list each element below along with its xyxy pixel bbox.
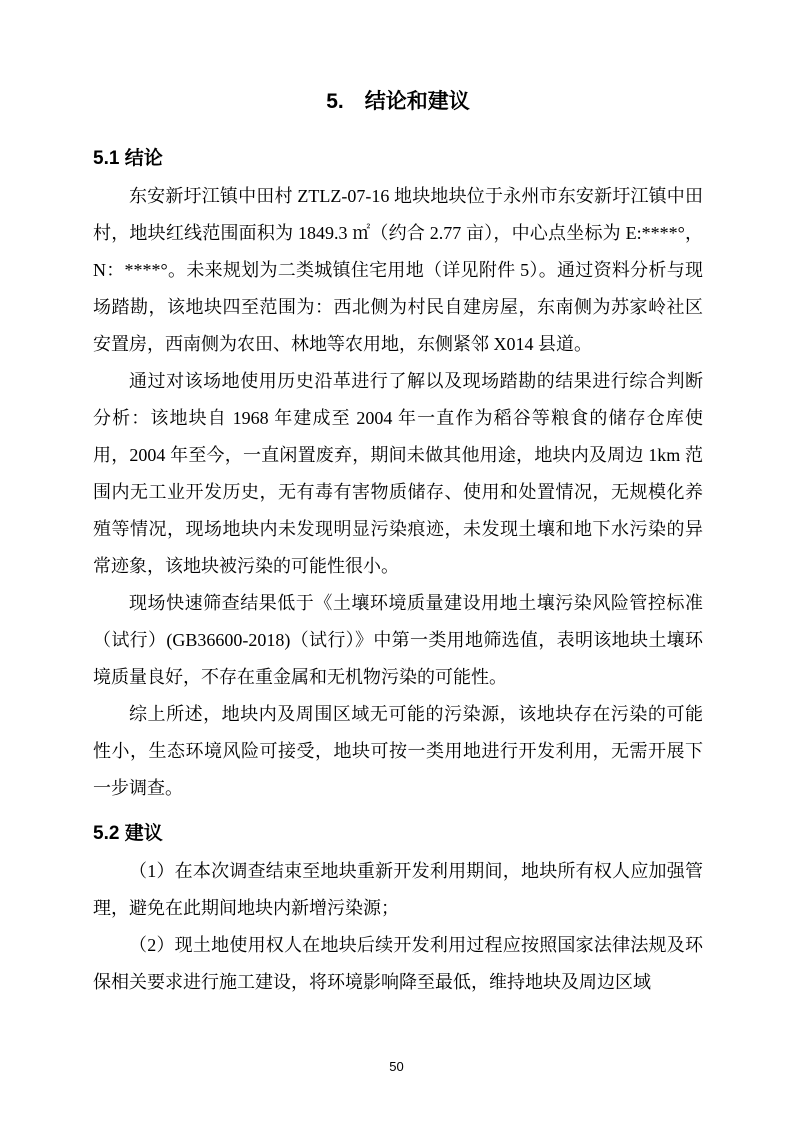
paragraph: （1）在本次调查结束至地块重新开发利用期间，地块所有权人应加强管理，避免在此期间… bbox=[93, 853, 703, 927]
document-body: 5.1 结论东安新圩江镇中田村 ZTLZ-07-16 地块地块位于永州市东安新圩… bbox=[93, 145, 703, 1001]
paragraph: 综上所述，地块内及周围区域无可能的污染源，该地块存在污染的可能性小，生态环境风险… bbox=[93, 696, 703, 807]
paragraph: 现场快速筛查结果低于《土壤环境质量建设用地土壤污染风险管控标准（试行）(GB36… bbox=[93, 585, 703, 696]
paragraph: 通过对该场地使用历史沿革进行了解以及现场踏勘的结果进行综合判断分析：该地块自 1… bbox=[93, 363, 703, 585]
section-heading: 5.1 结论 bbox=[93, 145, 703, 172]
document-page: 5. 结论和建议 5.1 结论东安新圩江镇中田村 ZTLZ-07-16 地块地块… bbox=[0, 0, 793, 1122]
section-heading: 5.2 建议 bbox=[93, 820, 703, 847]
paragraph: （2）现土地使用权人在地块后续开发利用过程应按照国家法律法规及环保相关要求进行施… bbox=[93, 927, 703, 1001]
paragraph: 东安新圩江镇中田村 ZTLZ-07-16 地块地块位于永州市东安新圩江镇中田村，… bbox=[93, 178, 703, 363]
document-title: 5. 结论和建议 bbox=[93, 86, 703, 118]
page-number-label: 50 bbox=[0, 1059, 793, 1074]
